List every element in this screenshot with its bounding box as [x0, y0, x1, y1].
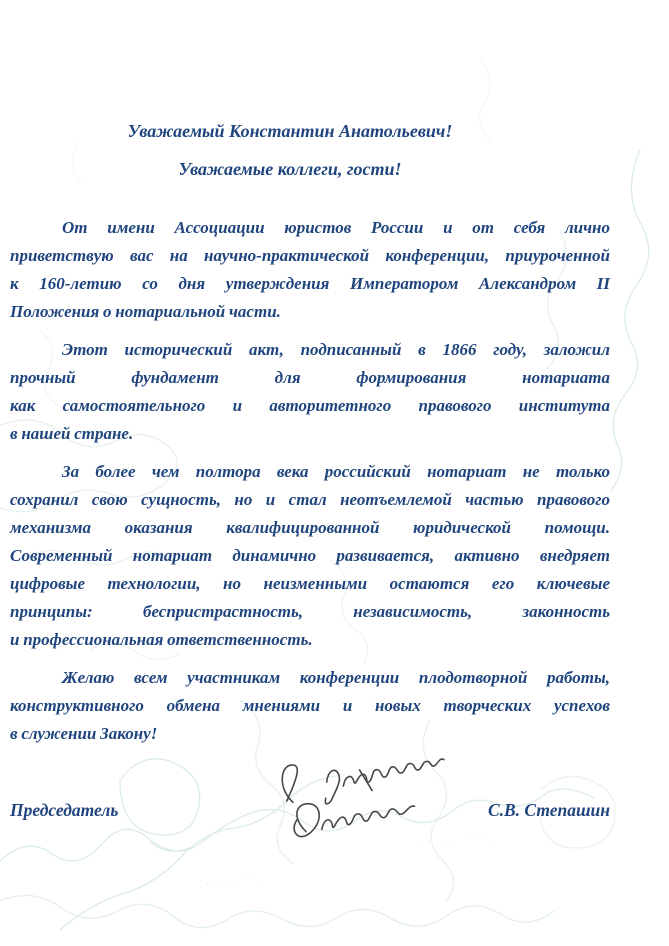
letter-line: Желаю всем участникам конференции плодот…: [10, 664, 610, 692]
signatory-name: С.В. Степашин: [488, 800, 610, 821]
letter-line: сохранил свою сущность, но и стал неотъе…: [10, 486, 610, 514]
salutation-line-1: Уважаемый Константин Анатольевич!: [0, 112, 590, 150]
salutation-line-2: Уважаемые коллеги, гости!: [0, 150, 590, 188]
letter-line: прочный фундамент для формирования нотар…: [10, 364, 610, 392]
letter-line: как самостоятельного и авторитетного пра…: [10, 392, 610, 420]
letter-line: конструктивного обмена мнениями и новых …: [10, 692, 610, 720]
paragraph-3: За более чем полтора века российский нот…: [10, 458, 610, 654]
letter-line: и профессиональная ответственность.: [10, 626, 610, 654]
letter-line: цифровые технологии, но неизменными оста…: [10, 570, 610, 598]
paragraph-4: Желаю всем участникам конференции плодот…: [10, 664, 610, 748]
paragraph-2: Этот исторический акт, подписанный в 186…: [10, 336, 610, 448]
letter-line: принципы: беспристрастность, независимос…: [10, 598, 610, 626]
letter-line: Положения о нотариальной части.: [10, 298, 610, 326]
salutation: Уважаемый Константин Анатольевич! Уважае…: [0, 112, 590, 188]
letter-line: приветствую вас на научно-практической к…: [10, 242, 610, 270]
letter-line: От имени Ассоциации юристов России и от …: [10, 214, 610, 242]
letter-body: Уважаемый Константин Анатольевич! Уважае…: [10, 0, 610, 758]
handwritten-signature: [265, 742, 460, 854]
letter-page: Уважаемый Константин Анатольевич! Уважае…: [0, 0, 669, 946]
letter-paragraphs: От имени Ассоциации юристов России и от …: [10, 214, 610, 748]
letter-line: Современный нотариат динамично развивает…: [10, 542, 610, 570]
signature-row: Председатель С.В. Степашин: [10, 800, 610, 821]
paragraph-1: От имени Ассоциации юристов России и от …: [10, 214, 610, 326]
letter-line: механизма оказания квалифицированной юри…: [10, 514, 610, 542]
signatory-title: Председатель: [10, 800, 118, 821]
letter-line: За более чем полтора века российский нот…: [10, 458, 610, 486]
letter-line: Этот исторический акт, подписанный в 186…: [10, 336, 610, 364]
letter-line: в нашей стране.: [10, 420, 610, 448]
letter-line: к 160-летию со дня утверждения Император…: [10, 270, 610, 298]
